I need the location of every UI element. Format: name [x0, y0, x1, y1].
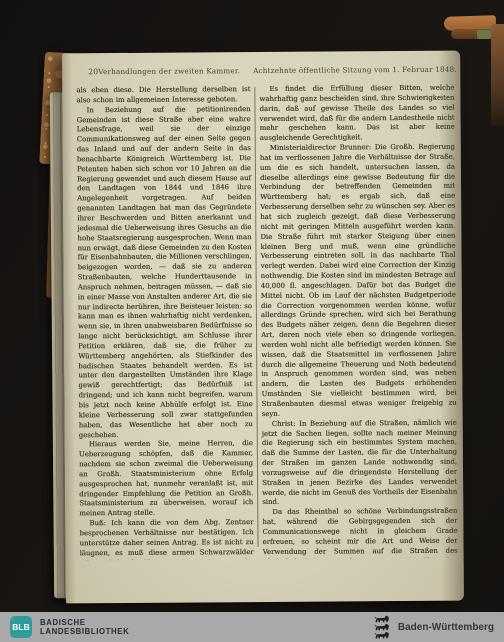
text-paragraph: Ministerialdirector Brunner: Die Großh. … [260, 143, 457, 420]
column-divider [254, 87, 258, 547]
running-title-part2: Achtzehnte öffentliche Sitzung vom 1. Fe… [253, 65, 457, 75]
text-paragraph: Da das Rheinthal so schöne Verbindungsst… [262, 507, 457, 560]
text-paragraph: Buß: Ich kann die von dem Abg. Zentner b… [79, 518, 254, 560]
scan-viewer-image: 20 Verhandlungen der zweiten Kammer. Ach… [0, 0, 504, 642]
text-column-right: Es findet die Erfüllung dieser Bitten, w… [259, 84, 457, 559]
book-headband-green [477, 30, 491, 39]
bw-logo: Baden-Württemberg [374, 614, 494, 640]
page-content: 20 Verhandlungen der zweiten Kammer. Ach… [62, 51, 464, 604]
book-page: 20 Verhandlungen der zweiten Kammer. Ach… [62, 51, 464, 604]
running-title: Verhandlungen der zweiten Kammer. Achtze… [98, 65, 457, 77]
text-paragraph: Hieraus werden Sie, meine Herren, die Ue… [79, 439, 254, 519]
library-name-line2: LANDESBIBLIOTHEK [40, 627, 129, 637]
page-number: 20 [88, 67, 98, 76]
footer-bar: BLB BADISCHE LANDESBIBLIOTHEK [0, 612, 504, 642]
text-column-left: als eben diese. Die Herstellung derselbe… [76, 85, 253, 560]
library-name-line1: BADISCHE [40, 618, 129, 628]
bw-lions-icon [374, 614, 392, 640]
page-header: 20 Verhandlungen der zweiten Kammer. Ach… [76, 65, 454, 82]
state-name: Baden-Württemberg [398, 622, 494, 633]
blb-badge-icon: BLB [10, 616, 32, 638]
text-paragraph: Christ: In Beziehung auf die Straßen, nä… [262, 418, 458, 508]
blb-logo: BLB BADISCHE LANDESBIBLIOTHEK [10, 616, 129, 638]
running-title-part1: Verhandlungen der zweiten Kammer. [98, 66, 240, 76]
text-paragraph: Es findet die Erfüllung dieser Bitten, w… [259, 84, 454, 144]
text-columns: als eben diese. Die Herstellung derselbe… [76, 84, 457, 561]
library-name: BADISCHE LANDESBIBLIOTHEK [40, 618, 129, 637]
text-paragraph: als eben diese. Die Herstellung derselbe… [76, 85, 250, 106]
text-paragraph: In Beziehung auf die petitionirenden Gem… [76, 105, 252, 441]
